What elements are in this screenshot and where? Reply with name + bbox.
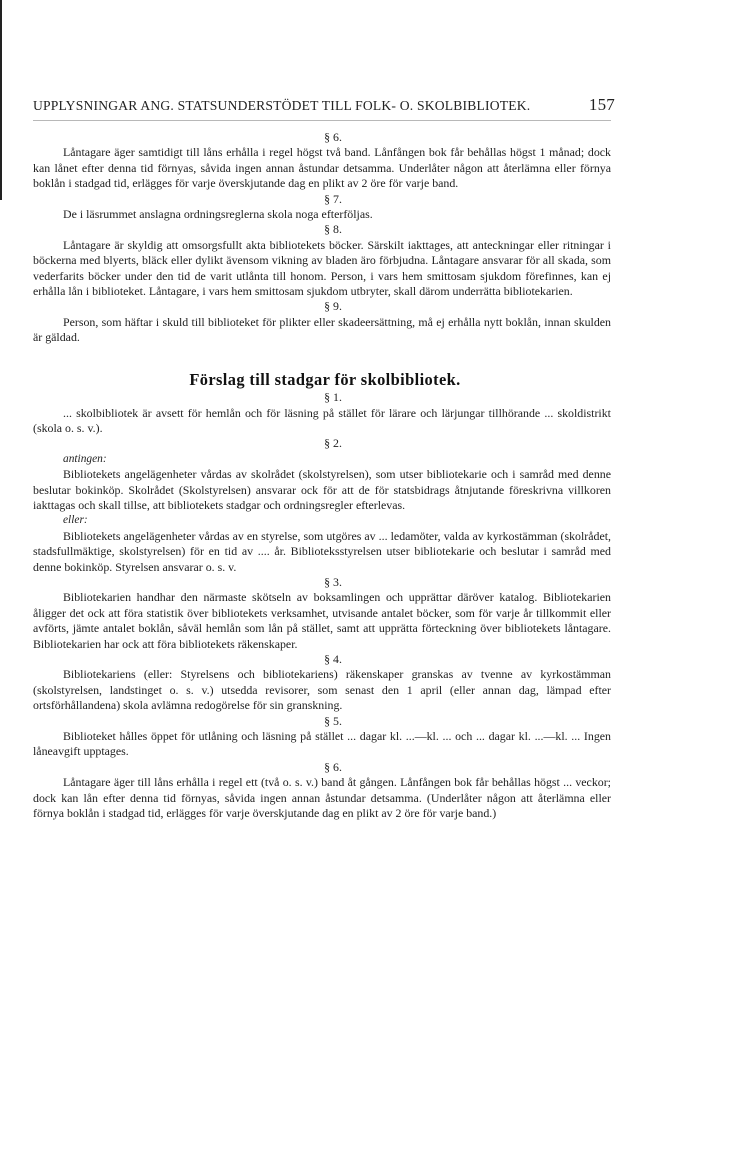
paragraph: Låntagare äger till låns erhålla i regel… <box>33 775 611 821</box>
document-page: UPPLYSNINGAR ANG. STATSUNDERSTÖDET TILL … <box>33 95 611 821</box>
running-head-title: UPPLYSNINGAR ANG. STATSUNDERSTÖDET TILL … <box>33 98 530 114</box>
section-2-school: § 2. antingen: Bibliotekets angelägenhet… <box>33 436 611 575</box>
alternative-label: antingen: <box>33 452 611 467</box>
section-3-school: § 3. Bibliotekarien handhar den närmaste… <box>33 575 611 652</box>
section-mark: § 7. <box>33 192 611 207</box>
section-5-school: § 5. Biblioteket hålles öppet för utlåni… <box>33 714 611 760</box>
paragraph: Låntagare äger samtidigt till låns erhål… <box>33 145 611 191</box>
section-mark: § 3. <box>33 575 611 590</box>
section-6-school: § 6. Låntagare äger till låns erhålla i … <box>33 760 611 822</box>
section-7-folk: § 7. De i läsrummet anslagna ordningsreg… <box>33 192 611 223</box>
section-9-folk: § 9. Person, som häftar i skuld till bib… <box>33 299 611 345</box>
document-body: § 6. Låntagare äger samtidigt till låns … <box>33 130 611 821</box>
section-heading: Förslag till stadgar för skolbibliotek. <box>33 372 611 387</box>
section-mark: § 4. <box>33 652 611 667</box>
section-mark: § 8. <box>33 222 611 237</box>
section-6-folk: § 6. Låntagare äger samtidigt till låns … <box>33 130 611 192</box>
section-mark: § 1. <box>33 390 611 405</box>
section-1-school: § 1. ... skolbibliotek är avsett för hem… <box>33 390 611 436</box>
paragraph: ... skolbibliotek är avsett för hemlån o… <box>33 406 611 437</box>
paragraph: Biblioteket hålles öppet för utlåning oc… <box>33 729 611 760</box>
alternative-label: eller: <box>33 513 611 528</box>
page-number: 157 <box>589 95 615 115</box>
page-edge-shadow <box>0 0 2 200</box>
section-8-folk: § 8. Låntagare är skyldig att omsorgsful… <box>33 222 611 299</box>
section-mark: § 2. <box>33 436 611 451</box>
paragraph: Person, som häftar i skuld till bibliote… <box>33 315 611 346</box>
section-mark: § 6. <box>33 130 611 145</box>
paragraph: Bibliotekariens (eller: Styrelsens och b… <box>33 667 611 713</box>
section-4-school: § 4. Bibliotekariens (eller: Styrelsens … <box>33 652 611 714</box>
paragraph: De i läsrummet anslagna ordningsreglerna… <box>33 207 611 222</box>
paragraph: Låntagare är skyldig att omsorgsfullt ak… <box>33 238 611 300</box>
section-mark: § 9. <box>33 299 611 314</box>
paragraph: Bibliotekets angelägenheter vårdas av en… <box>33 529 611 575</box>
paragraph: Bibliotekets angelägenheter vårdas av sk… <box>33 467 611 513</box>
section-mark: § 6. <box>33 760 611 775</box>
section-mark: § 5. <box>33 714 611 729</box>
paragraph: Bibliotekarien handhar den närmaste sköt… <box>33 590 611 652</box>
running-head: UPPLYSNINGAR ANG. STATSUNDERSTÖDET TILL … <box>33 95 611 121</box>
